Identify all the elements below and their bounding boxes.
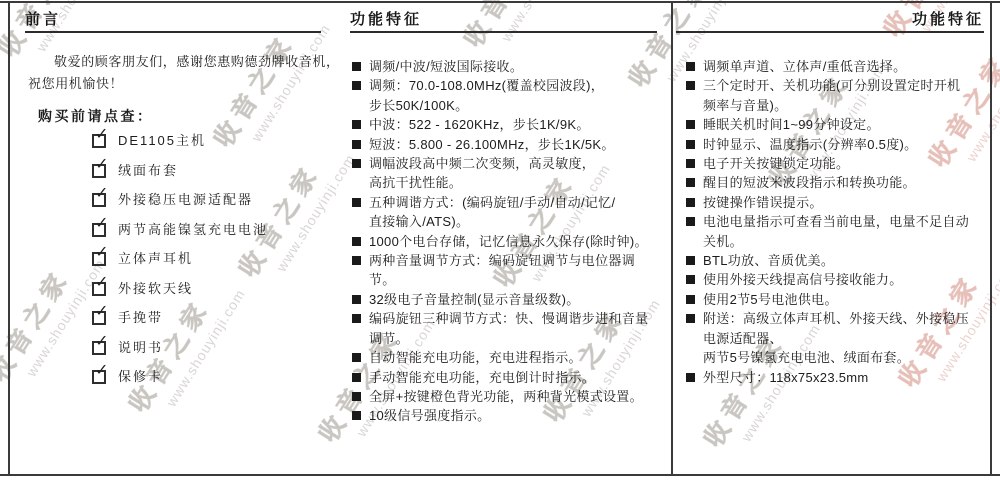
feature-item: BTL功放、音质优美。 — [686, 251, 984, 270]
bullet-square-icon — [352, 62, 361, 71]
feature-item-text: 睡眠关机时间1~99分钟设定。 — [703, 115, 880, 134]
features-page2-title-rule — [676, 31, 984, 33]
feature-item: 按键操作错误提示。 — [686, 193, 984, 212]
bullet-square-icon — [686, 159, 695, 168]
feature-item-text: 按键操作错误提示。 — [703, 193, 823, 212]
checkbox-icon: ✓ — [92, 193, 106, 207]
feature-item: 手动智能充电功能，充电倒计时指示。 — [352, 368, 660, 387]
feature-item-text: 10级信号强度指示。 — [369, 406, 490, 425]
feature-item-text: 附送：高级立体声耳机、外接天线、外接稳压 电源适配器、 两节5号镍氢充电电池、绒… — [703, 309, 969, 367]
checkbox-icon: ✓ — [92, 370, 106, 384]
checkbox-icon: ✓ — [92, 134, 106, 148]
checklist-item: ✓ 保修卡 — [92, 369, 268, 399]
checklist-item-label: DE1105主机 — [118, 133, 206, 148]
bullet-square-icon — [686, 62, 695, 71]
checklist-item: ✓ 立体声耳机 — [92, 251, 268, 281]
checklist-item: ✓ 两节高能镍氢充电电池 — [92, 222, 268, 252]
checklist-item: ✓ 手挽带 — [92, 310, 268, 340]
feature-item: 睡眠关机时间1~99分钟设定。 — [686, 115, 984, 134]
checklist-item: ✓ 外接稳压电源适配器 — [92, 192, 268, 222]
feature-item: 两种音量调节方式：编码旋钮调节与电位器调节。 — [352, 251, 660, 290]
feature-item: 10级信号强度指示。 — [352, 406, 660, 425]
feature-item-text: 手动智能充电功能，充电倒计时指示。 — [369, 368, 595, 387]
bullet-square-icon — [352, 411, 361, 420]
bullet-square-icon — [686, 314, 695, 323]
features-page1-title: 功能特征 — [350, 8, 422, 29]
bullet-square-icon — [686, 217, 695, 226]
features-page1-title-rule — [350, 31, 657, 33]
feature-item-text: 使用外接天线提高信号接收能力。 — [703, 270, 903, 289]
checklist-item-label: 保修卡 — [118, 369, 163, 384]
bullet-square-icon — [352, 237, 361, 246]
page-content: 前言 敬爱的顾客朋友们，感谢您惠购德劲牌收音机， 祝您用机愉快！ 购买前请点查：… — [0, 0, 1000, 482]
check-tick-icon: ✓ — [95, 275, 108, 291]
bullet-square-icon — [352, 256, 361, 265]
checkbox-icon: ✓ — [92, 223, 106, 237]
feature-item-text: 自动智能充电功能，充电进程指示。 — [369, 348, 582, 367]
feature-item-text: 时钟显示、温度指示(分辨率0.5度)。 — [703, 135, 917, 154]
feature-item-text: 32级电子音量控制(显示音量级数)。 — [369, 290, 580, 309]
check-tick-icon: ✓ — [95, 127, 108, 143]
feature-item: 1000个电台存储，记忆信息永久保存(除时钟)。 — [352, 232, 660, 251]
feature-item-text: 外型尺寸：118x75x23.5mm — [703, 368, 869, 387]
feature-item: 调幅波段高中频二次变频，高灵敏度， 高抗干扰性能。 — [352, 154, 660, 193]
bullet-square-icon — [686, 178, 695, 187]
feature-item: 使用2节5号电池供电。 — [686, 290, 984, 309]
checklist-item-label: 外接软天线 — [118, 281, 193, 296]
features-page2-list: 调频单声道、立体声/重低音选择。 三个定时开、关机功能(可分别设置定时开机 频率… — [686, 57, 984, 387]
feature-item: 自动智能充电功能，充电进程指示。 — [352, 348, 660, 367]
checklist-item-label: 外接稳压电源适配器 — [118, 192, 253, 207]
feature-item-text: 全屏+按键橙色背光功能，两种背光模式设置。 — [369, 387, 643, 406]
feature-item: 使用外接天线提高信号接收能力。 — [686, 270, 984, 289]
feature-item-text: BTL功放、音质优美。 — [703, 251, 834, 270]
feature-item-text: 调频/中波/短波国际接收。 — [369, 57, 523, 76]
feature-item-text: 五种调谐方式：(编码旋钮/手动/自动/记忆/ 直接输入/ATS)。 — [369, 193, 615, 232]
checklist-item-label: 两节高能镍氢充电电池 — [118, 222, 268, 237]
feature-item-text: 调幅波段高中频二次变频，高灵敏度， 高抗干扰性能。 — [369, 154, 595, 193]
check-tick-icon: ✓ — [95, 186, 108, 202]
checkbox-icon: ✓ — [92, 252, 106, 266]
check-tick-icon: ✓ — [95, 304, 108, 320]
feature-item-text: 调频：70.0-108.0MHz(覆盖校园波段)， 步长50K/100K。 — [369, 76, 604, 115]
bullet-square-icon — [686, 140, 695, 149]
page-divider — [671, 1, 673, 476]
feature-item: 短波：5.800 - 26.100MHz，步长1K/5K。 — [352, 135, 660, 154]
page-border-left — [8, 1, 10, 476]
feature-item: 时钟显示、温度指示(分辨率0.5度)。 — [686, 135, 984, 154]
features-page2-title: 功能特征 — [676, 8, 984, 29]
bullet-square-icon — [686, 81, 695, 90]
bullet-square-icon — [686, 198, 695, 207]
feature-item-text: 两种音量调节方式：编码旋钮调节与电位器调节。 — [369, 251, 660, 290]
check-tick-icon: ✓ — [95, 245, 108, 261]
feature-item-text: 电子开关按键锁定功能。 — [703, 154, 849, 173]
feature-item-text: 使用2节5号电池供电。 — [703, 290, 838, 309]
bullet-square-icon — [352, 198, 361, 207]
feature-item: 外型尺寸：118x75x23.5mm — [686, 368, 984, 387]
feature-item: 醒目的短波米波段指示和转换功能。 — [686, 173, 984, 192]
feature-item-text: 电池电量指示可查看当前电量，电量不足自动 关机。 — [703, 212, 969, 251]
bullet-square-icon — [352, 159, 361, 168]
manual-page: 收音之家www.shouyinji.com收音之家www.shouyinji.c… — [0, 0, 1000, 482]
preface-title: 前言 — [25, 8, 61, 29]
bullet-square-icon — [352, 140, 361, 149]
checkbox-icon: ✓ — [92, 311, 106, 325]
checklist-item: ✓ 绒面布套 — [92, 163, 268, 193]
preface-title-rule — [25, 31, 321, 33]
feature-item-text: 短波：5.800 - 26.100MHz，步长1K/5K。 — [369, 135, 615, 154]
bullet-square-icon — [686, 295, 695, 304]
purchase-check-heading: 购买前请点查： — [38, 106, 154, 126]
feature-item: 调频单声道、立体声/重低音选择。 — [686, 57, 984, 76]
feature-item-text: 中波：522 - 1620KHz，步长1K/9K。 — [369, 115, 590, 134]
bullet-square-icon — [352, 295, 361, 304]
page-border-right — [990, 1, 992, 476]
feature-item-text: 醒目的短波米波段指示和转换功能。 — [703, 173, 916, 192]
features-page1-list: 调频/中波/短波国际接收。 调频：70.0-108.0MHz(覆盖校园波段)， … — [352, 57, 660, 426]
checklist-item: ✓ 外接软天线 — [92, 281, 268, 311]
feature-item: 调频：70.0-108.0MHz(覆盖校园波段)， 步长50K/100K。 — [352, 76, 660, 115]
bullet-square-icon — [352, 314, 361, 323]
feature-item: 全屏+按键橙色背光功能，两种背光模式设置。 — [352, 387, 660, 406]
feature-item: 三个定时开、关机功能(可分别设置定时开机 频率与音量)。 — [686, 76, 984, 115]
feature-item-text: 1000个电台存储，记忆信息永久保存(除时钟)。 — [369, 232, 648, 251]
checkbox-icon: ✓ — [92, 164, 106, 178]
check-tick-icon: ✓ — [95, 334, 108, 350]
page-border-bottom — [0, 474, 1000, 476]
feature-item: 中波：522 - 1620KHz，步长1K/9K。 — [352, 115, 660, 134]
bullet-square-icon — [352, 81, 361, 90]
feature-item: 编码旋钮三种调节方式：快、慢调谐步进和音量 调节。 — [352, 309, 660, 348]
feature-item: 电池电量指示可查看当前电量，电量不足自动 关机。 — [686, 212, 984, 251]
feature-item: 五种调谐方式：(编码旋钮/手动/自动/记忆/ 直接输入/ATS)。 — [352, 193, 660, 232]
feature-item: 32级电子音量控制(显示音量级数)。 — [352, 290, 660, 309]
checkbox-icon: ✓ — [92, 282, 106, 296]
preface-intro: 敬爱的顾客朋友们，感谢您惠购德劲牌收音机， 祝您用机愉快！ — [28, 51, 346, 95]
bullet-square-icon — [686, 120, 695, 129]
purchase-checklist: ✓ DE1105主机 ✓ 绒面布套 ✓ 外接稳压电源适配器 ✓ 两节高能镍氢充电… — [92, 133, 268, 399]
feature-item-text: 编码旋钮三种调节方式：快、慢调谐步进和音量 调节。 — [369, 309, 648, 348]
bullet-square-icon — [352, 120, 361, 129]
bullet-square-icon — [686, 256, 695, 265]
bullet-square-icon — [352, 373, 361, 382]
page-border-top — [0, 1, 1000, 3]
checklist-item: ✓ 说明书 — [92, 340, 268, 370]
feature-item-text: 三个定时开、关机功能(可分别设置定时开机 频率与音量)。 — [703, 76, 960, 115]
feature-item-text: 调频单声道、立体声/重低音选择。 — [703, 57, 906, 76]
bullet-square-icon — [352, 392, 361, 401]
checklist-item-label: 说明书 — [118, 340, 163, 355]
checklist-item-label: 手挽带 — [118, 310, 163, 325]
check-tick-icon: ✓ — [95, 216, 108, 232]
feature-item: 电子开关按键锁定功能。 — [686, 154, 984, 173]
check-tick-icon: ✓ — [95, 363, 108, 379]
checklist-item-label: 立体声耳机 — [118, 251, 193, 266]
feature-item: 调频/中波/短波国际接收。 — [352, 57, 660, 76]
feature-item: 附送：高级立体声耳机、外接天线、外接稳压 电源适配器、 两节5号镍氢充电电池、绒… — [686, 309, 984, 367]
bullet-square-icon — [352, 353, 361, 362]
bullet-square-icon — [686, 275, 695, 284]
bullet-square-icon — [686, 373, 695, 382]
checkbox-icon: ✓ — [92, 341, 106, 355]
check-tick-icon: ✓ — [95, 157, 108, 173]
checklist-item: ✓ DE1105主机 — [92, 133, 268, 163]
checklist-item-label: 绒面布套 — [118, 163, 178, 178]
